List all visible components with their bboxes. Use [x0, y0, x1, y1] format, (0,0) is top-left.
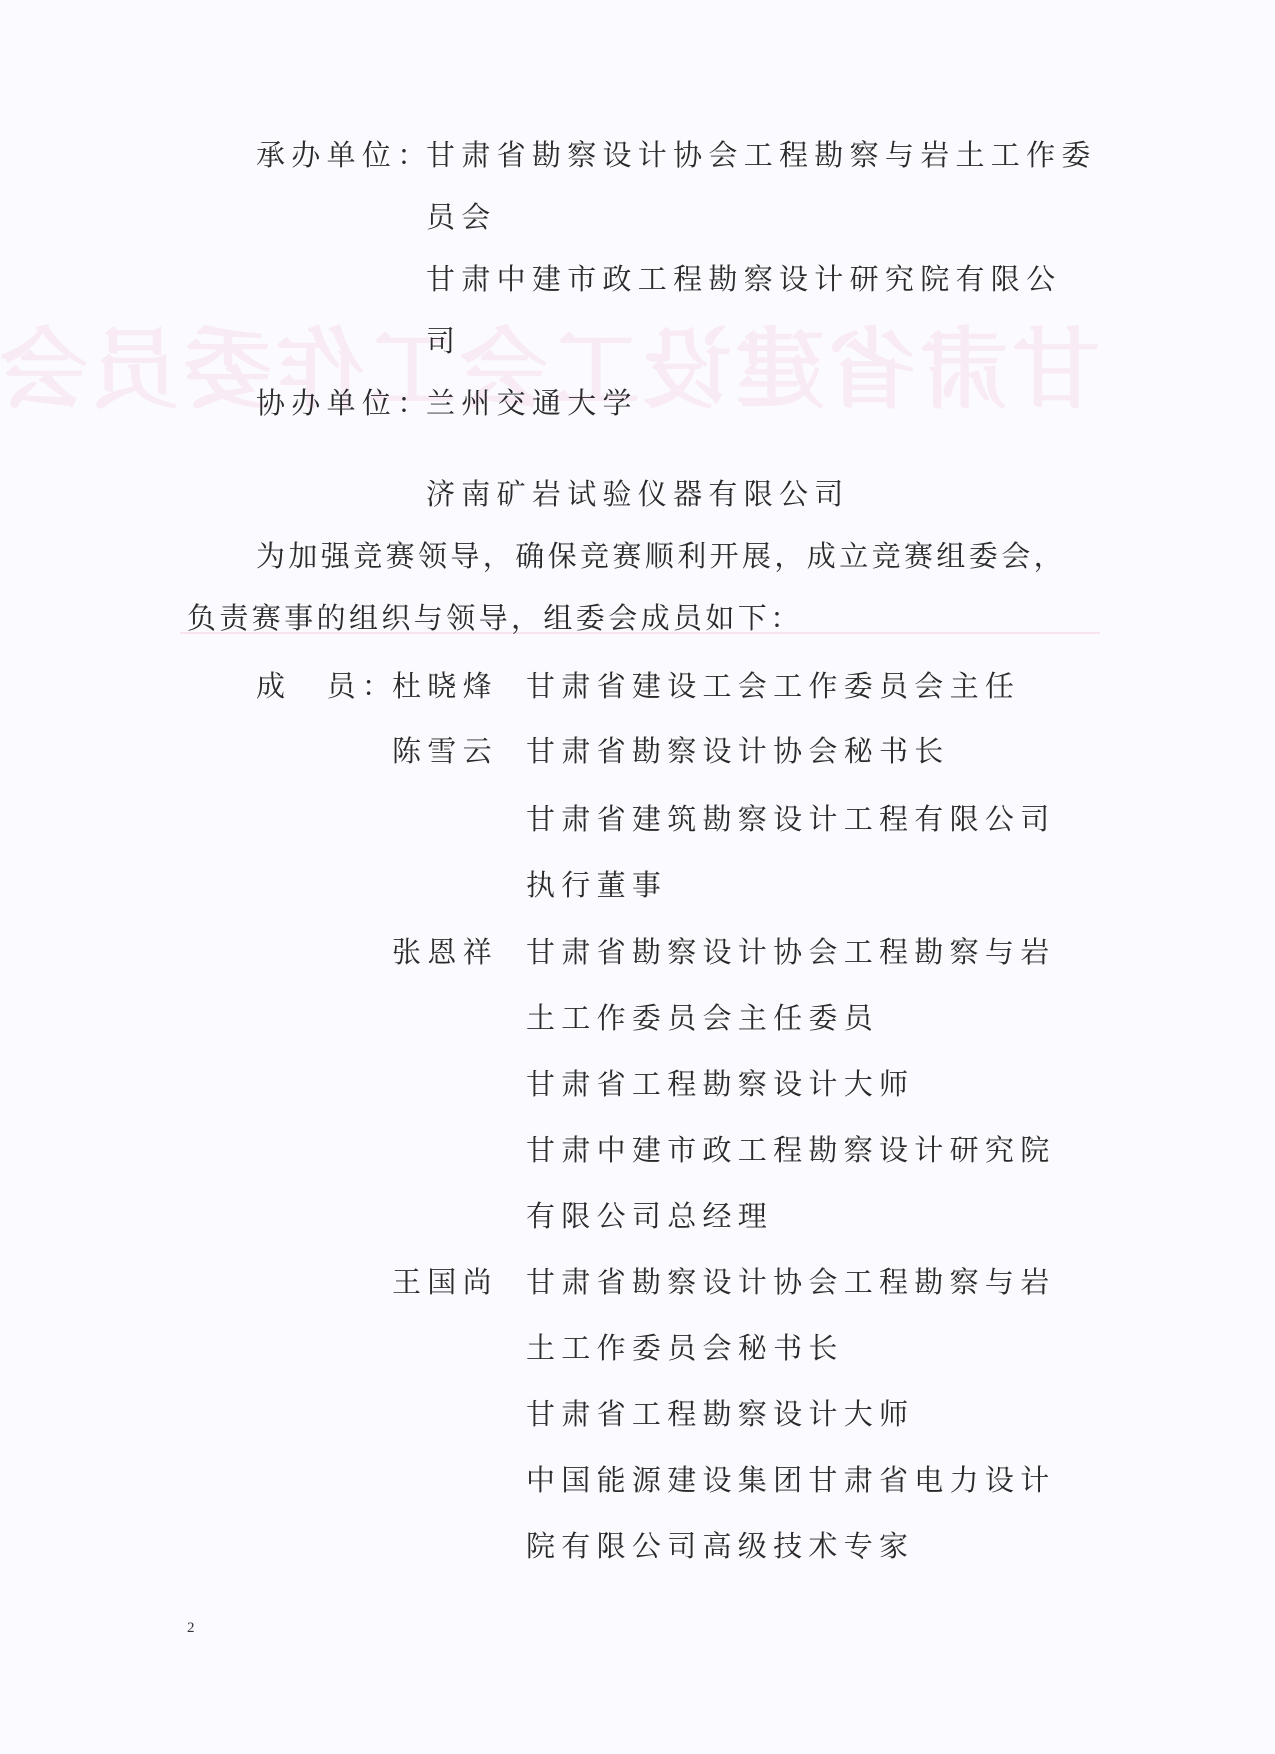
member-2-title-3: 执行董事 — [526, 865, 667, 905]
host-unit-1-line-1: 甘肃省勘察设计协会工程勘察与岩土工作委 — [426, 135, 1097, 175]
member-3-title-4: 甘肃中建市政工程勘察设计研究院 — [526, 1130, 1056, 1170]
host-unit-2-line-1: 甘肃中建市政工程勘察设计研究院有限公 — [426, 259, 1061, 299]
member-4-title-3: 甘肃省工程勘察设计大师 — [526, 1394, 914, 1434]
host-unit-1-line-2: 员会 — [426, 197, 497, 237]
member-name-2: 陈雪云 — [392, 731, 498, 771]
intro-line-1: 为加强竞赛领导，确保竞赛顺利开展，成立竞赛组委会， — [256, 536, 1066, 576]
member-name-4: 王国尚 — [392, 1262, 498, 1302]
co-unit-2: 济南矿岩试验仪器有限公司 — [426, 474, 850, 514]
member-3-title-2: 土工作委员会主任委员 — [526, 998, 879, 1038]
member-name-1: 杜晓烽 — [392, 666, 498, 706]
member-2-title-2: 甘肃省建筑勘察设计工程有限公司 — [526, 799, 1056, 839]
member-4-title-2: 土工作委员会秘书长 — [526, 1328, 844, 1368]
co-label: 协办单位： — [256, 383, 433, 423]
member-4-title-4: 中国能源建设集团甘肃省电力设计 — [526, 1460, 1056, 1500]
member-3-title-5: 有限公司总经理 — [526, 1196, 773, 1236]
member-name-3: 张恩祥 — [392, 932, 498, 972]
committee-label: 成 员： — [256, 666, 397, 706]
member-4-title-1: 甘肃省勘察设计协会工程勘察与岩 — [526, 1262, 1056, 1302]
co-unit-1: 兰州交通大学 — [426, 383, 638, 423]
member-2-title-1: 甘肃省勘察设计协会秘书长 — [526, 731, 950, 771]
member-3-title-3: 甘肃省工程勘察设计大师 — [526, 1064, 914, 1104]
member-3-title-1: 甘肃省勘察设计协会工程勘察与岩 — [526, 932, 1056, 972]
host-label: 承办单位： — [256, 135, 433, 175]
intro-line-2: 负责赛事的组织与领导，组委会成员如下： — [187, 598, 803, 638]
host-unit-2-line-2: 司 — [426, 321, 461, 361]
member-4-title-5: 院有限公司高级技术专家 — [526, 1526, 914, 1566]
page-number: 2 — [187, 1620, 195, 1637]
member-1-title-1: 甘肃省建设工会工作委员会主任 — [526, 666, 1020, 706]
